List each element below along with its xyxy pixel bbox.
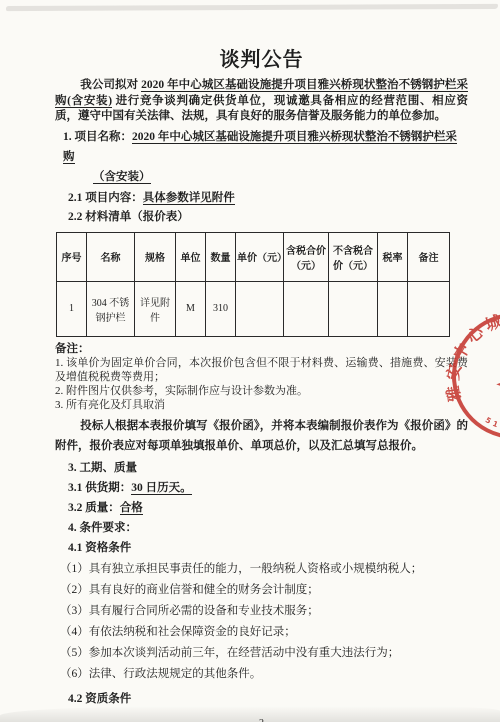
table-header-row: 序号 名称 规格 单位 数量 单价（元） 含税合价（元） 不含税合价（元） 税率… bbox=[57, 232, 450, 281]
table-header-cell: 规格 bbox=[135, 232, 176, 281]
condition-item: （6）法律、行政法规规定的其他条件。 bbox=[60, 667, 468, 682]
table-header-cell: 税率 bbox=[378, 232, 408, 281]
project-content-value: 具体参数详见附件 bbox=[143, 192, 235, 205]
conditions-list: （1）具有独立承担民事责任的能力，一般纳税人资格或小规模纳税人； （2）具有良好… bbox=[55, 562, 468, 682]
remarks-label: 备注： bbox=[55, 342, 468, 356]
table-header-cell: 数量 bbox=[206, 232, 236, 281]
condition-item: （2）具有良好的商业信誉和健全的财务会计制度； bbox=[60, 583, 468, 598]
schedule-heading: 3. 工期、质量 bbox=[68, 460, 468, 476]
seal-serial-number: 511802 bbox=[482, 403, 500, 443]
condition-item: （4）有依法纳税和社会保障资金的良好记录； bbox=[60, 625, 468, 640]
remark-item: 2. 附件图片仅供参考，实际制作应与设计参数为准。 bbox=[55, 384, 468, 398]
table-cell-note bbox=[408, 281, 450, 336]
bidder-instruction-paragraph: 投标人根据本表报价填写《报价函》，并将本表编制报价表作为《报价函》的附件，报价表… bbox=[55, 416, 468, 456]
supply-period-value: 30 日历天。 bbox=[131, 482, 191, 495]
seal-star-icon bbox=[492, 357, 500, 408]
table-cell-unit-price bbox=[236, 281, 284, 336]
table-cell-spec: 详见附件 bbox=[135, 281, 176, 336]
condition-item: （1）具有独立承担民事责任的能力，一般纳税人资格或小规模纳税人； bbox=[60, 562, 468, 577]
table-header-cell: 含税合价（元） bbox=[284, 232, 329, 281]
intro-suffix: 进行竞争谈判确定供货单位，现诚邀具备相应的经营范围、相应资质，遵守中国有关法律、… bbox=[55, 95, 468, 123]
svg-text:511802: 511802 bbox=[482, 403, 500, 443]
document-content: 谈判公告 我公司拟对 2020 年中心城区基础设施提升项目雅兴桥现状整治不锈钢护… bbox=[55, 0, 468, 722]
table-header-cell: 单价（元） bbox=[236, 232, 284, 281]
table-cell-unit: M bbox=[176, 281, 206, 336]
table-header-cell: 单位 bbox=[176, 232, 206, 281]
qualification-41-heading: 4.1 资格条件 bbox=[68, 540, 468, 556]
intro-prefix: 我公司拟对 bbox=[80, 79, 141, 91]
table-header-cell: 序号 bbox=[57, 232, 87, 281]
project-content-label: 2.1 项目内容： bbox=[68, 192, 143, 204]
scanned-document-page: { "page": { "title": "谈判公告", "page_numbe… bbox=[0, 0, 500, 722]
intro-paragraph: 我公司拟对 2020 年中心城区基础设施提升项目雅兴桥现状整治不锈钢护栏采购(含… bbox=[55, 78, 468, 125]
table-row: 1 304 不锈钢护栏 详见附件 M 310 bbox=[57, 281, 450, 336]
supply-period-label: 3.1 供货期： bbox=[68, 482, 131, 494]
project-name-label: 1. 项目名称： bbox=[63, 131, 132, 143]
qualification-42-heading: 4.2 资质条件 bbox=[68, 691, 468, 707]
table-cell-seq: 1 bbox=[57, 281, 87, 336]
condition-item: （5）参加本次谈判活动前三年，在经营活动中没有重大违法行为； bbox=[60, 646, 468, 661]
remark-item: 3. 所有亮化及灯具取消 bbox=[55, 398, 468, 412]
scan-artifact-bottom-edge bbox=[0, 706, 500, 722]
condition-item: （3）具有履行合同所必需的设备和专业技术服务； bbox=[60, 604, 468, 619]
table-cell-name: 304 不锈钢护栏 bbox=[87, 281, 135, 336]
table-header-cell: 不含税合价（元） bbox=[329, 232, 378, 281]
table-cell-total-with-tax bbox=[284, 281, 329, 336]
quality-label: 3.2 质量： bbox=[68, 502, 120, 514]
table-cell-qty: 310 bbox=[206, 281, 236, 336]
project-content-item: 2.1 项目内容：具体参数详见附件 bbox=[68, 190, 468, 206]
material-list-heading: 2.2 材料清单（报价表） bbox=[68, 209, 468, 225]
project-name-item: 1. 项目名称：2020 年中心城区基础设施提升项目雅兴桥现状整治不锈钢护栏采购… bbox=[63, 127, 468, 187]
remarks-list: 1. 该单价为固定单价合同，本次报价包含但不限于材料费、运输费、措施费、安装费及… bbox=[55, 356, 468, 412]
table-cell-tax-rate bbox=[378, 281, 408, 336]
quality-item: 3.2 质量：合格 bbox=[68, 500, 468, 516]
conditions-heading: 4. 条件要求： bbox=[68, 520, 468, 536]
quality-value: 合格 bbox=[120, 502, 143, 515]
quotation-table: 序号 名称 规格 单位 数量 单价（元） 含税合价（元） 不含税合价（元） 税率… bbox=[56, 232, 450, 337]
supply-period-item: 3.1 供货期：30 日历天。 bbox=[68, 480, 468, 496]
table-header-cell: 备注 bbox=[408, 232, 450, 281]
remark-item: 1. 该单价为固定单价合同，本次报价包含但不限于材料费、运输费、措施费、安装费及… bbox=[55, 356, 468, 384]
document-title: 谈判公告 bbox=[55, 48, 468, 72]
project-name-value-line2: （含安装） bbox=[93, 171, 151, 184]
table-header-cell: 名称 bbox=[87, 232, 135, 281]
table-cell-total-no-tax bbox=[329, 281, 378, 336]
